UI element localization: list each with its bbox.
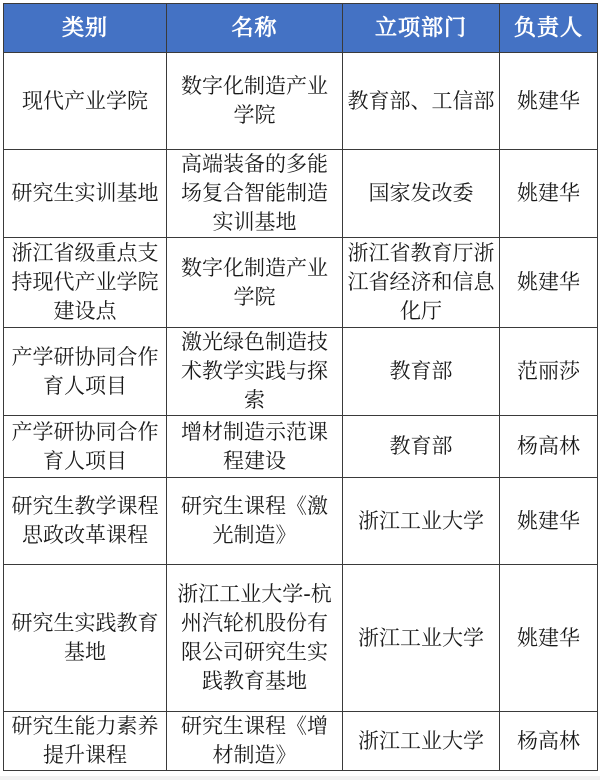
category-text: 产学研协同合作育人项目: [8, 343, 162, 401]
cell-category: 浙江省级重点支持现代产业学院建设点: [4, 238, 167, 328]
leader-text: 姚建华: [504, 87, 593, 116]
cell-category: 研究生教学课程思政改革课程: [4, 478, 167, 565]
category-text: 产学研协同合作育人项目: [8, 418, 162, 476]
cell-name: 增材制造示范课程建设: [167, 416, 343, 478]
table-body: 现代产业学院 数字化制造产业学院 教育部、工信部 姚建华 研究生实训基地 高端装…: [4, 53, 598, 771]
category-text: 研究生实训基地: [8, 179, 162, 208]
cell-department: 教育部、工信部: [343, 53, 500, 150]
cell-leader: 姚建华: [500, 565, 598, 712]
projects-table: 类别 名称 立项部门 负责人 现代产业学院 数字化制造产业学院 教育部、工信部 …: [3, 3, 598, 771]
name-text: 数字化制造产业学院: [171, 72, 338, 130]
header-row: 类别 名称 立项部门 负责人: [4, 4, 598, 53]
leader-text: 姚建华: [504, 179, 593, 208]
department-text: 国家发改委: [347, 179, 495, 208]
category-text: 现代产业学院: [8, 87, 162, 116]
cell-department: 浙江工业大学: [343, 712, 500, 771]
name-text: 激光绿色制造技术教学实践与探索: [171, 328, 338, 415]
name-text: 浙江工业大学-杭州汽轮机股份有限公司研究生实践教育基地: [171, 580, 338, 696]
name-text: 增材制造示范课程建设: [171, 418, 338, 476]
cell-name: 激光绿色制造技术教学实践与探索: [167, 328, 343, 416]
leader-text: 姚建华: [504, 507, 593, 536]
category-text: 研究生能力素养提升课程: [8, 712, 162, 770]
name-text: 研究生课程《激光制造》: [171, 492, 338, 550]
cell-leader: 杨高林: [500, 712, 598, 771]
cell-name: 数字化制造产业学院: [167, 53, 343, 150]
cell-department: 国家发改委: [343, 150, 500, 238]
cell-name: 高端装备的多能场复合智能制造实训基地: [167, 150, 343, 238]
leader-text: 范丽莎: [504, 357, 593, 386]
table-row: 研究生能力素养提升课程 研究生课程《增材制造》 浙江工业大学 杨高林: [4, 712, 598, 771]
cell-leader: 姚建华: [500, 238, 598, 328]
cell-name: 研究生课程《激光制造》: [167, 478, 343, 565]
cell-category: 现代产业学院: [4, 53, 167, 150]
department-text: 浙江工业大学: [347, 727, 495, 756]
department-text: 浙江工业大学: [347, 507, 495, 536]
department-text: 浙江工业大学: [347, 624, 495, 653]
department-text: 浙江省教育厅浙江省经济和信息化厅: [347, 239, 495, 326]
cell-department: 教育部: [343, 328, 500, 416]
leader-text: 杨高林: [504, 727, 593, 756]
cell-leader: 杨高林: [500, 416, 598, 478]
category-text: 研究生实践教育基地: [8, 609, 162, 667]
cell-department: 教育部: [343, 416, 500, 478]
table-row: 研究生实训基地 高端装备的多能场复合智能制造实训基地 国家发改委 姚建华: [4, 150, 598, 238]
table-row: 研究生教学课程思政改革课程 研究生课程《激光制造》 浙江工业大学 姚建华: [4, 478, 598, 565]
cell-category: 产学研协同合作育人项目: [4, 328, 167, 416]
name-text: 数字化制造产业学院: [171, 254, 338, 312]
leader-text: 杨高林: [504, 432, 593, 461]
cell-category: 产学研协同合作育人项目: [4, 416, 167, 478]
cell-department: 浙江工业大学: [343, 478, 500, 565]
name-text: 高端装备的多能场复合智能制造实训基地: [171, 150, 338, 237]
cell-name: 浙江工业大学-杭州汽轮机股份有限公司研究生实践教育基地: [167, 565, 343, 712]
cell-leader: 姚建华: [500, 478, 598, 565]
leader-text: 姚建华: [504, 624, 593, 653]
table-row: 浙江省级重点支持现代产业学院建设点 数字化制造产业学院 浙江省教育厅浙江省经济和…: [4, 238, 598, 328]
department-text: 教育部: [347, 357, 495, 386]
table-header: 类别 名称 立项部门 负责人: [4, 4, 598, 53]
category-text: 研究生教学课程思政改革课程: [8, 492, 162, 550]
column-header-category: 类别: [4, 4, 167, 53]
table-row: 产学研协同合作育人项目 激光绿色制造技术教学实践与探索 教育部 范丽莎: [4, 328, 598, 416]
column-header-leader: 负责人: [500, 4, 598, 53]
department-text: 教育部: [347, 432, 495, 461]
cell-category: 研究生能力素养提升课程: [4, 712, 167, 771]
cell-leader: 范丽莎: [500, 328, 598, 416]
column-header-department: 立项部门: [343, 4, 500, 53]
cell-leader: 姚建华: [500, 53, 598, 150]
cell-category: 研究生实训基地: [4, 150, 167, 238]
cell-name: 研究生课程《增材制造》: [167, 712, 343, 771]
table-row: 研究生实践教育基地 浙江工业大学-杭州汽轮机股份有限公司研究生实践教育基地 浙江…: [4, 565, 598, 712]
table-row: 产学研协同合作育人项目 增材制造示范课程建设 教育部 杨高林: [4, 416, 598, 478]
department-text: 教育部、工信部: [347, 87, 495, 116]
category-text: 浙江省级重点支持现代产业学院建设点: [8, 239, 162, 326]
column-header-name: 名称: [167, 4, 343, 53]
leader-text: 姚建华: [504, 268, 593, 297]
table-row: 现代产业学院 数字化制造产业学院 教育部、工信部 姚建华: [4, 53, 598, 150]
cell-name: 数字化制造产业学院: [167, 238, 343, 328]
cell-leader: 姚建华: [500, 150, 598, 238]
cell-department: 浙江省教育厅浙江省经济和信息化厅: [343, 238, 500, 328]
cell-department: 浙江工业大学: [343, 565, 500, 712]
cell-category: 研究生实践教育基地: [4, 565, 167, 712]
name-text: 研究生课程《增材制造》: [171, 712, 338, 770]
